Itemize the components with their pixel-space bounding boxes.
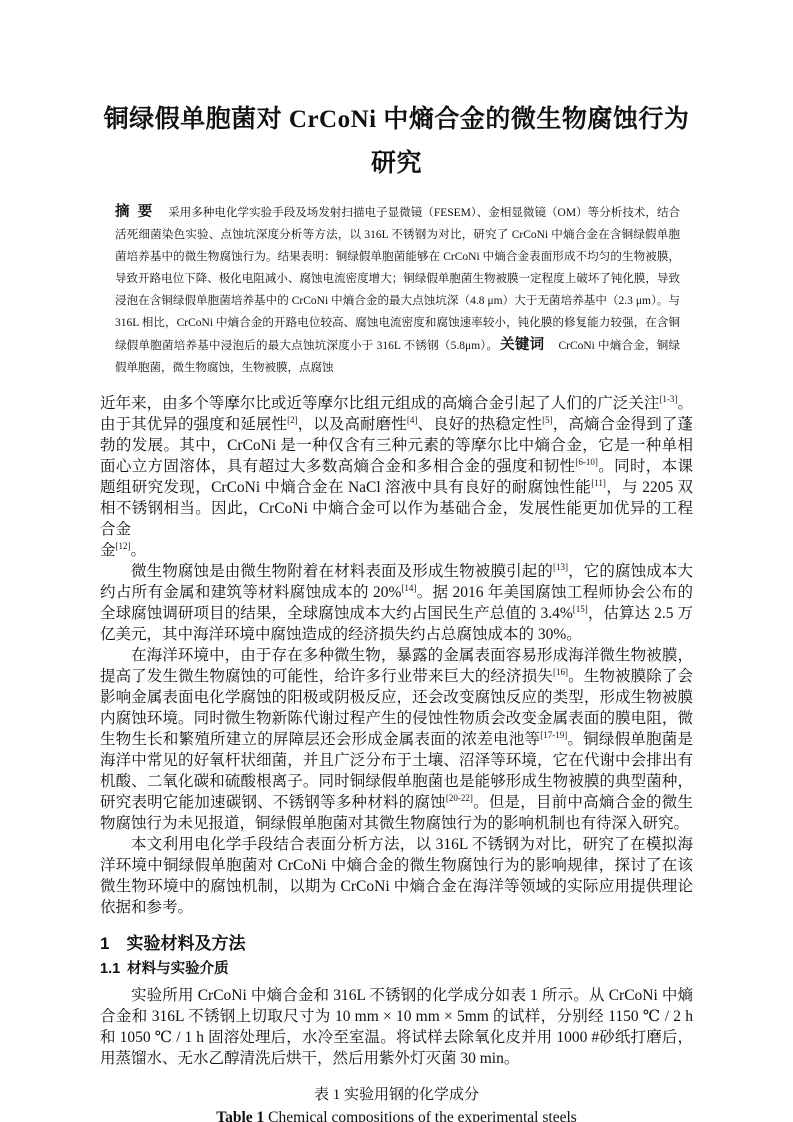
body-paragraph: 近年来，由多个等摩尔比或近等摩尔比组元组成的高熵合金引起了人们的广泛关注[1-3… xyxy=(100,393,693,561)
abstract-label: 摘 要 xyxy=(115,204,152,220)
body-paragraph: 本文利用电化学手段结合表面分析方法，以 316L 不锈钢为对比，研究了在模拟海洋… xyxy=(100,834,693,918)
table-caption-en: Table 1 Chemical compositions of the exp… xyxy=(100,1109,693,1122)
paragraph-text: ，以及高耐磨性 xyxy=(298,416,407,433)
page-content: 铜绿假单胞菌对 CrCoNi 中熵合金的微生物腐蚀行为 研究 摘 要采用多种电化… xyxy=(0,0,793,1122)
heading-title: 实验材料及方法 xyxy=(126,934,245,953)
document-body: 近年来，由多个等摩尔比或近等摩尔比组元组成的高熵合金引起了人们的广泛关注[1-3… xyxy=(100,393,693,1122)
citation-ref: [15] xyxy=(573,604,588,614)
heading-number: 1.1 xyxy=(100,961,120,977)
subsection-heading: 1.1材料与实验介质 xyxy=(100,957,693,978)
paragraph-text: 本文利用电化学手段结合表面分析方法，以 316L 不锈钢为对比，研究了在模拟海洋… xyxy=(100,836,693,916)
citation-ref: [6-10] xyxy=(575,457,598,467)
citation-ref: [5] xyxy=(542,415,553,425)
section-heading: 1实验材料及方法 xyxy=(100,929,693,954)
table-caption-zh: 表 1 实验用钢的化学成分 xyxy=(100,1083,693,1104)
keywords-label: 关键词 xyxy=(500,337,544,353)
paragraph-text: 、良好的热稳定性 xyxy=(417,416,542,433)
citation-ref: [12] xyxy=(116,541,131,551)
table-caption-en-text: Chemical compositions of the experimenta… xyxy=(264,1109,577,1122)
paper-page: 铜绿假单胞菌对 CrCoNi 中熵合金的微生物腐蚀行为 研究 摘 要采用多种电化… xyxy=(0,0,793,1122)
citation-ref: [4] xyxy=(407,415,418,425)
heading-number: 1 xyxy=(100,934,109,953)
paragraph-text: 近年来，由多个等摩尔比或近等摩尔比组元组成的高熵合金引起了人们的广泛关注 xyxy=(100,395,659,412)
citation-ref: [20-22] xyxy=(446,793,473,803)
citation-ref: [17-19] xyxy=(540,730,567,740)
paragraph-text: 。 xyxy=(131,542,147,559)
paragraph-text: 微生物腐蚀是由微生物附着在材料表面及形成生物被膜引起的 xyxy=(131,563,553,580)
citation-ref: [11] xyxy=(591,478,606,488)
body-paragraph: 微生物腐蚀是由微生物附着在材料表面及形成生物被膜引起的[13]，它的腐蚀成本大约… xyxy=(100,561,693,645)
citation-ref: [13] xyxy=(553,562,568,572)
body-paragraph: 在海洋环境中，由于存在多种微生物，暴露的金属表面容易形成海洋微生物被膜，提高了发… xyxy=(100,645,693,834)
citation-ref: [14] xyxy=(401,583,416,593)
paragraph-text: 实验所用 CrCoNi 中熵合金和 316L 不锈钢的化学成分如表 1 所示。从… xyxy=(100,987,697,1067)
heading-title: 材料与实验介质 xyxy=(127,961,229,977)
paper-title: 铜绿假单胞菌对 CrCoNi 中熵合金的微生物腐蚀行为 研究 xyxy=(100,0,693,186)
abstract-block: 摘 要采用多种电化学实验手段及场发射扫描电子显微镜（FESEM）、金相显微镜（O… xyxy=(115,201,680,379)
citation-ref: [1-3] xyxy=(659,394,677,404)
abstract-text: 采用多种电化学实验手段及场发射扫描电子显微镜（FESEM）、金相显微镜（OM）等… xyxy=(115,207,680,352)
citation-ref: [2] xyxy=(287,415,298,425)
citation-ref: [16] xyxy=(553,667,568,677)
body-paragraph: 实验所用 CrCoNi 中熵合金和 316L 不锈钢的化学成分如表 1 所示。从… xyxy=(100,985,693,1069)
table-caption-en-label: Table 1 xyxy=(216,1109,264,1122)
